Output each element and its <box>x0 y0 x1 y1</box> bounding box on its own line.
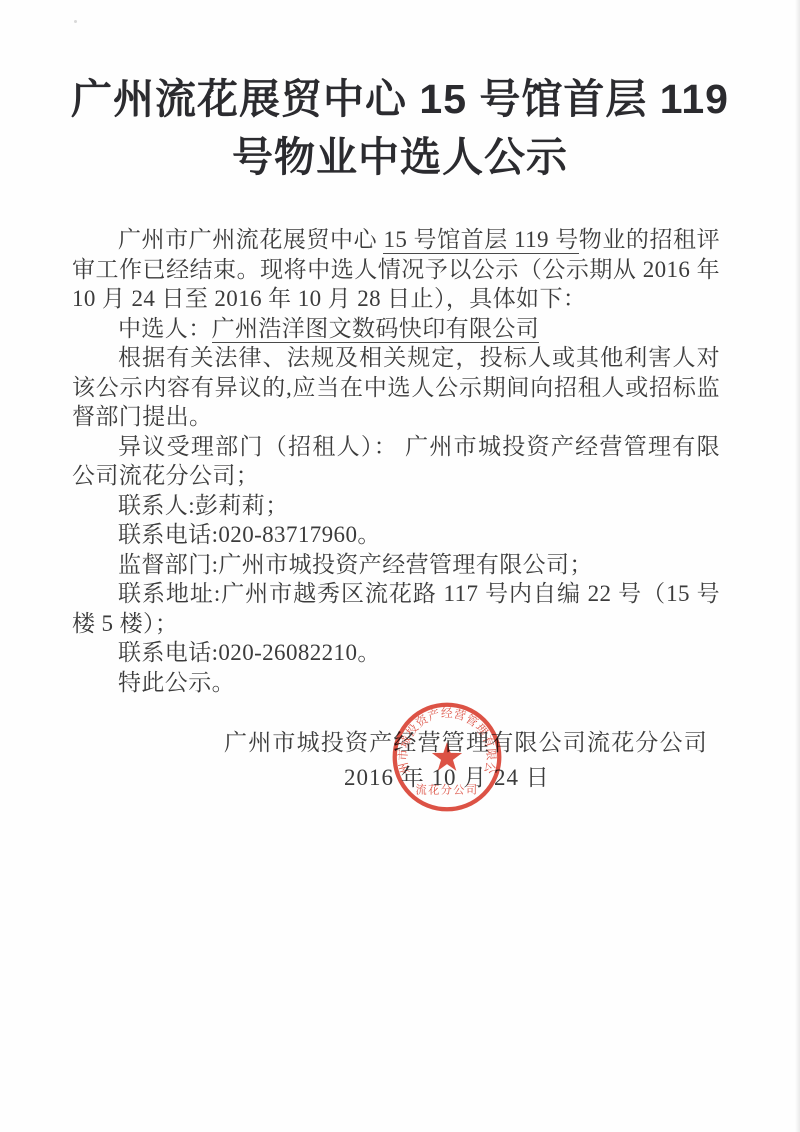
stamp-star-icon <box>432 742 462 771</box>
property-number-underlined: 15 号馆首层 119 号 <box>383 227 578 254</box>
intro-paragraph: 广州市广州流花展贸中心 15 号馆首层 119 号物业的招租评审工作已经结束。现… <box>72 225 720 314</box>
winner-line: 中选人：广州浩洋图文数码快印有限公司 <box>72 314 720 344</box>
page-title: 广州流花展贸中心 15 号馆首层 119 号物业中选人公示 <box>40 70 760 186</box>
contact-person-line: 联系人:彭莉莉； <box>72 491 720 521</box>
supervision-department-line: 监督部门:广州市城投资产经营管理有限公司； <box>72 550 720 580</box>
contact-address-line: 联系地址:广州市越秀区流花路 117 号内自编 22 号（15 号楼 5 楼）； <box>72 579 720 638</box>
scan-artifact-dot <box>74 20 77 23</box>
winner-company-underlined: 广州浩洋图文数码快印有限公司 <box>212 316 540 343</box>
intro-text-pre: 广州市广州流花展贸中心 <box>118 227 383 252</box>
closing-line: 特此公示。 <box>72 668 720 698</box>
stamp-bottom-text: 流花分公司 <box>416 782 479 796</box>
scan-edge-shadow <box>795 0 800 1132</box>
official-seal-stamp: 广州市城投资产经营管理有限公司 流花分公司 <box>391 701 503 813</box>
contact-phone-line: 联系电话:020-83717960。 <box>72 520 720 550</box>
winner-label: 中选人： <box>118 316 212 341</box>
supervision-phone-line: 联系电话:020-26082210。 <box>72 638 720 668</box>
page-title-line1: 广州流花展贸中心 15 号馆首层 119 <box>40 70 760 128</box>
legal-notice-paragraph: 根据有关法律、法规及相关规定，投标人或其他利害人对该公示内容有异议的,应当在中选… <box>72 343 720 432</box>
document-page: 广州流花展贸中心 15 号馆首层 119 号物业中选人公示 广州市广州流花展贸中… <box>0 0 800 1132</box>
page-title-line2: 号物业中选人公示 <box>40 128 760 186</box>
document-body: 广州市广州流花展贸中心 15 号馆首层 119 号物业的招租评审工作已经结束。现… <box>72 225 720 697</box>
objection-department-line: 异议受理部门（招租人）： 广州市城投资产经营管理有限公司流花分公司； <box>72 432 720 491</box>
